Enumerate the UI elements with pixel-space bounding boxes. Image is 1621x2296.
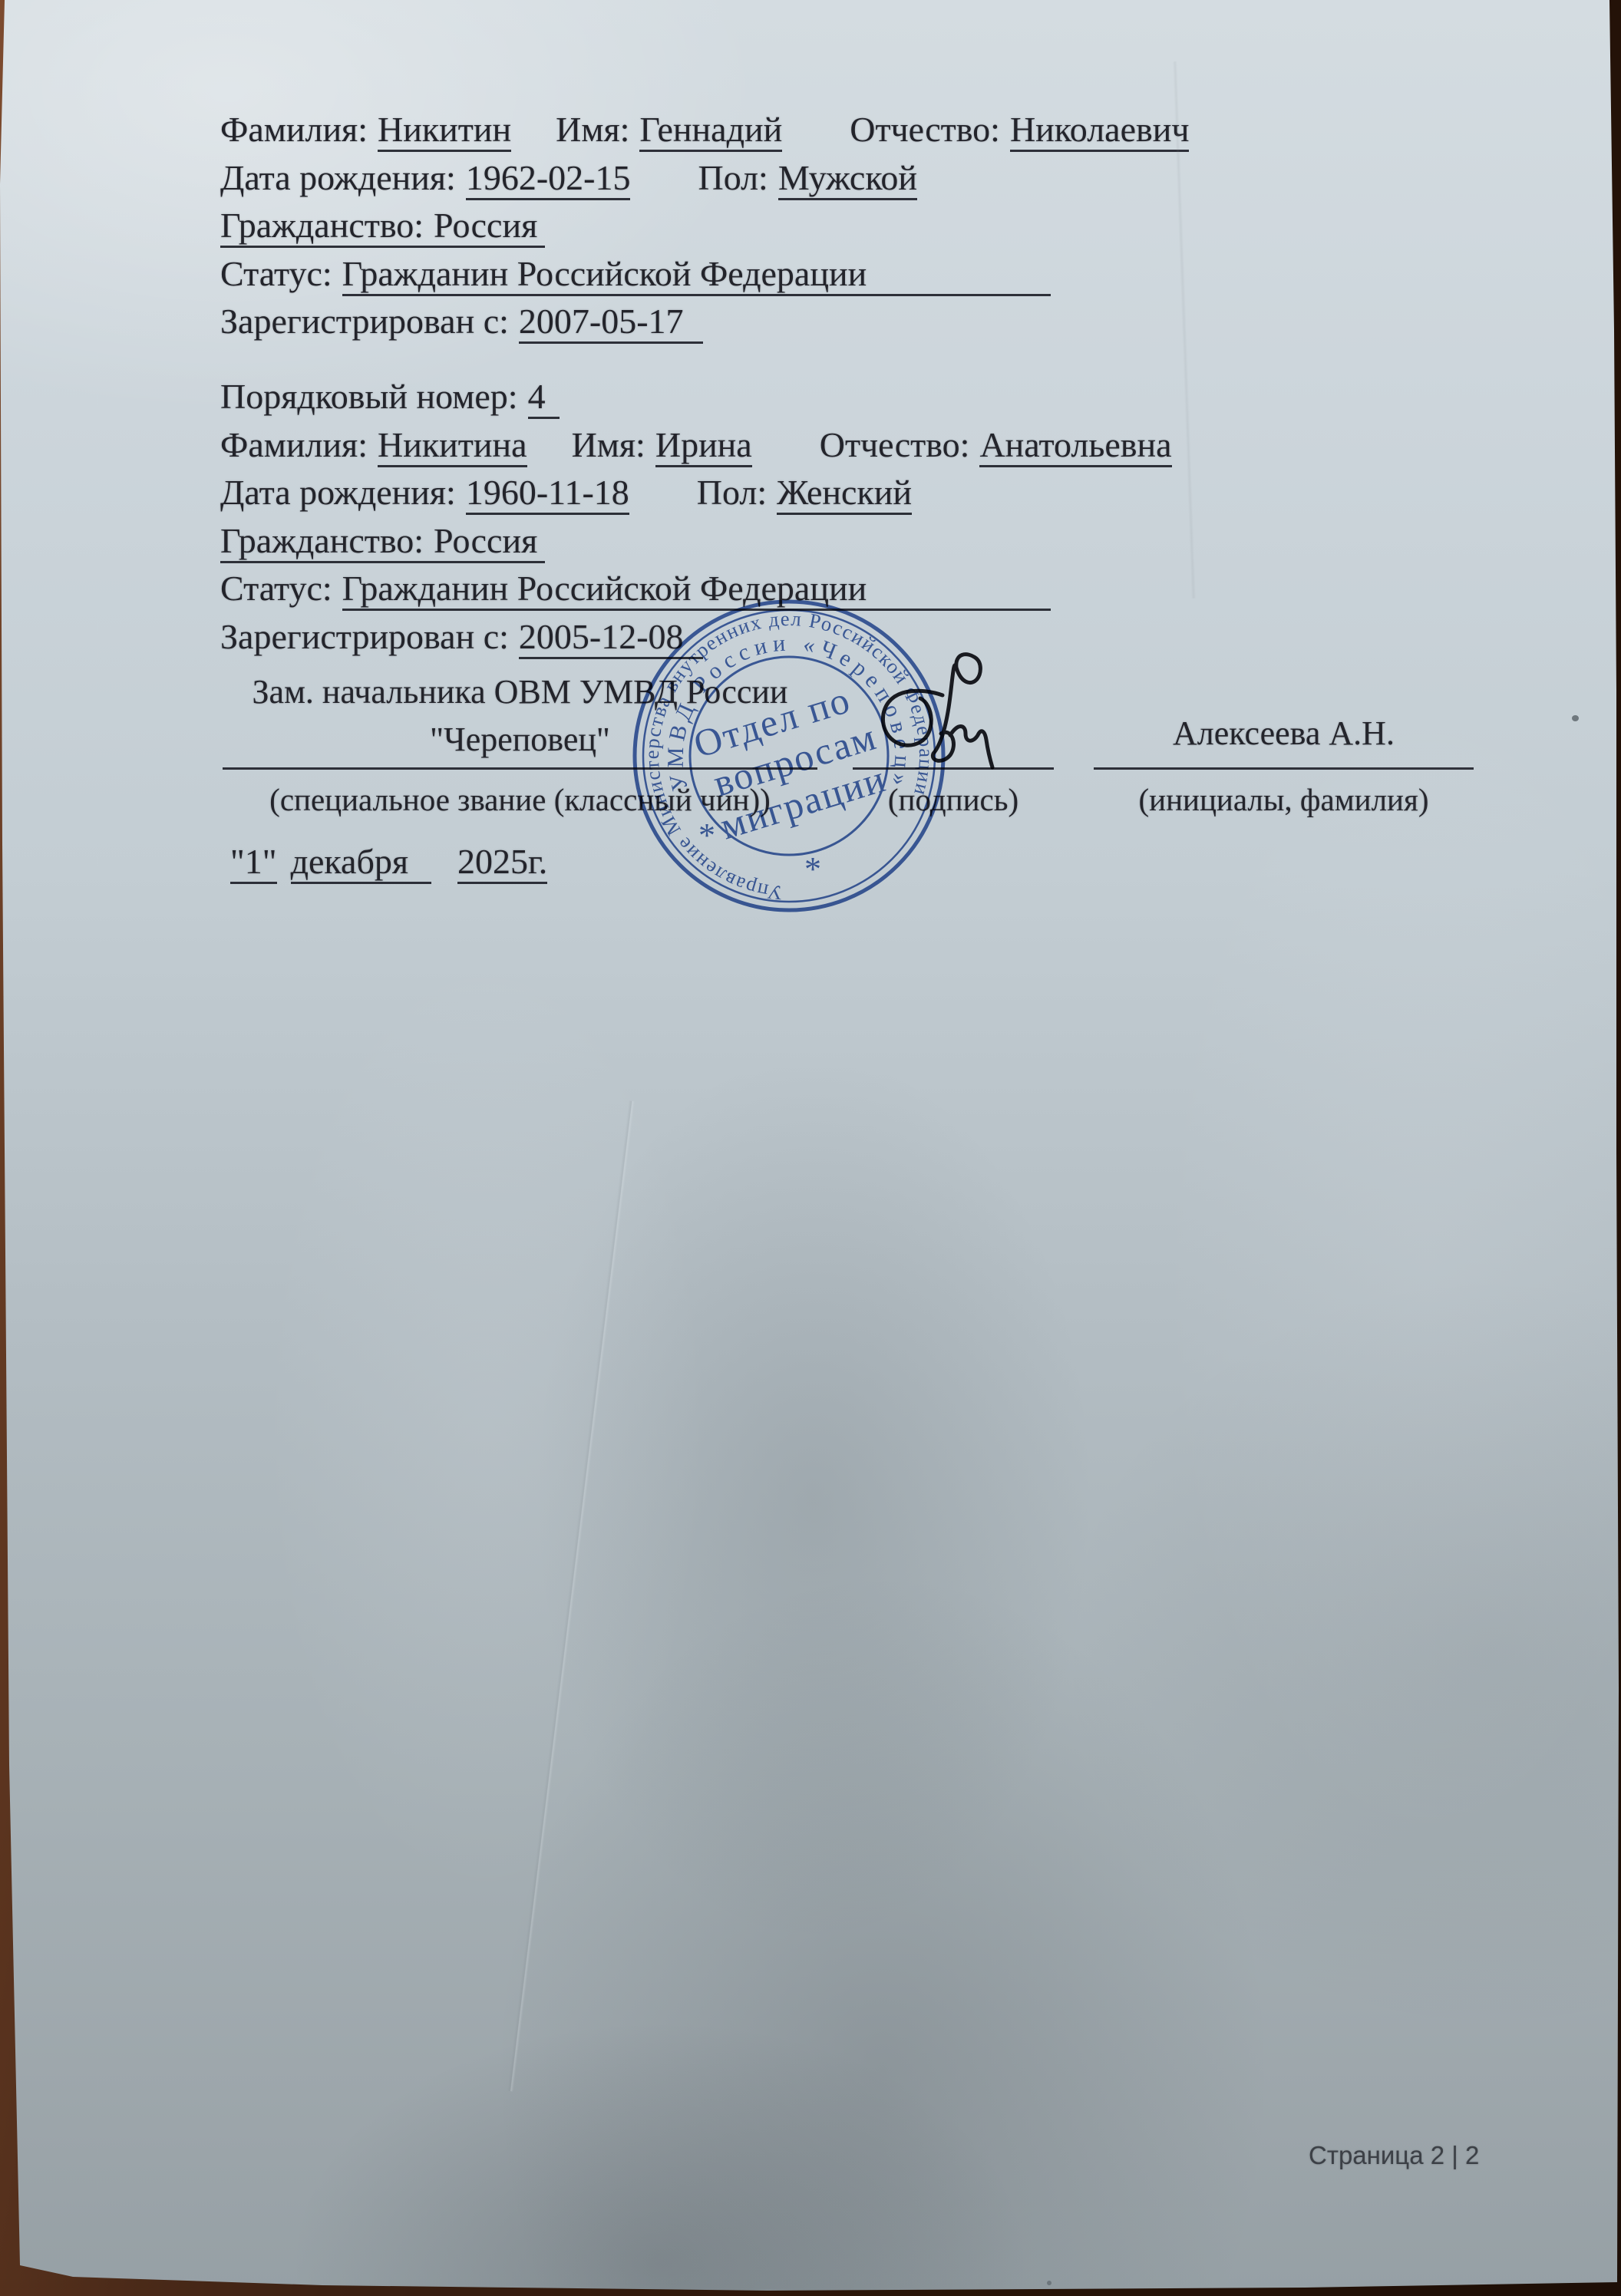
citizenship-value: Россия — [434, 206, 537, 245]
name-label: Имя: — [556, 110, 629, 149]
birthdate-value: 1960-11-18 — [466, 473, 629, 515]
surname-label: Фамилия: — [220, 425, 368, 464]
record-1: Фамилия:НикитинИмя:ГеннадийОтчество:Нико… — [220, 106, 1189, 346]
ordinal-value: 4 — [528, 377, 560, 419]
citizenship-value: Россия — [434, 521, 537, 560]
ordinal-label: Порядковый номер: — [220, 377, 518, 416]
date-year: 2025г. — [457, 842, 547, 884]
sex-label: Пол: — [698, 158, 768, 197]
status-label: Статус: — [220, 254, 332, 293]
status-value: Гражданин Российской Федерации — [342, 254, 1052, 296]
stamp-star-bottom: * — [804, 850, 821, 888]
name-value: Ирина — [655, 425, 752, 467]
birthdate-label: Дата рождения: — [220, 473, 456, 512]
paper-sheet: Фамилия:НикитинИмя:ГеннадийОтчество:Нико… — [0, 0, 1621, 2296]
record-1-line-birth: Дата рождения:1962-02-15Пол:Мужской — [220, 154, 1189, 203]
sex-value: Женский — [777, 473, 912, 515]
record-1-line-citizenship: Гражданство:Россия — [220, 202, 1189, 250]
name-value: Геннадий — [639, 110, 782, 152]
date-line: "1"декабря2025г. — [230, 838, 547, 886]
page-number-footer: Страница 2 | 2 — [1309, 2141, 1479, 2170]
birthdate-value: 1962-02-15 — [466, 158, 631, 200]
sex-label: Пол: — [697, 473, 767, 512]
paper-speck — [1047, 2281, 1052, 2285]
surname-label: Фамилия: — [220, 110, 368, 149]
date-month: декабря — [291, 842, 431, 884]
status-label: Статус: — [220, 569, 332, 608]
paper-speck — [1572, 715, 1579, 721]
photographed-document: { "labels": { "ordinal": "Порядковый ном… — [0, 0, 1621, 2296]
surname-value: Никитина — [378, 425, 527, 467]
date-day: "1" — [230, 842, 277, 884]
registered-label: Зарегистрирован с: — [220, 617, 509, 656]
official-name: Алексеева А.Н. — [1094, 714, 1474, 753]
sex-value: Мужской — [778, 158, 917, 200]
record-2-line-ordinal: Порядковый номер:4 — [220, 373, 1172, 421]
citizenship-label: Гражданство: — [220, 206, 424, 245]
record-1-line-status: Статус:Гражданин Российской Федерации — [220, 250, 1189, 299]
name-signature-line — [1094, 767, 1474, 770]
name-caption: (инициалы, фамилия) — [1094, 781, 1474, 818]
record-1-line-registered: Зарегистрирован с:2007-05-17 — [220, 298, 1189, 346]
patronymic-value: Анатольевна — [979, 425, 1171, 467]
patronymic-label: Отчество: — [820, 425, 970, 464]
birthdate-label: Дата рождения: — [220, 158, 456, 197]
name-label: Имя: — [572, 425, 645, 464]
patronymic-value: Николаевич — [1010, 110, 1190, 152]
paper-crease — [507, 1100, 635, 2091]
registered-value: 2007-05-17 — [519, 302, 703, 344]
citizenship-label: Гражданство: — [220, 521, 424, 560]
handwritten-signature — [856, 637, 1048, 806]
record-1-line-fio: Фамилия:НикитинИмя:ГеннадийОтчество:Нико… — [220, 106, 1189, 154]
record-2-line-fio: Фамилия:НикитинаИмя:ИринаОтчество:Анатол… — [220, 421, 1172, 470]
surname-value: Никитин — [378, 110, 511, 152]
record-2-line-birth: Дата рождения:1960-11-18Пол:Женский — [220, 469, 1172, 517]
stamp-star-left: * — [698, 816, 715, 854]
registered-label: Зарегистрирован с: — [220, 302, 509, 341]
patronymic-label: Отчество: — [850, 110, 1000, 149]
record-2-line-citizenship: Гражданство:Россия — [220, 517, 1172, 566]
